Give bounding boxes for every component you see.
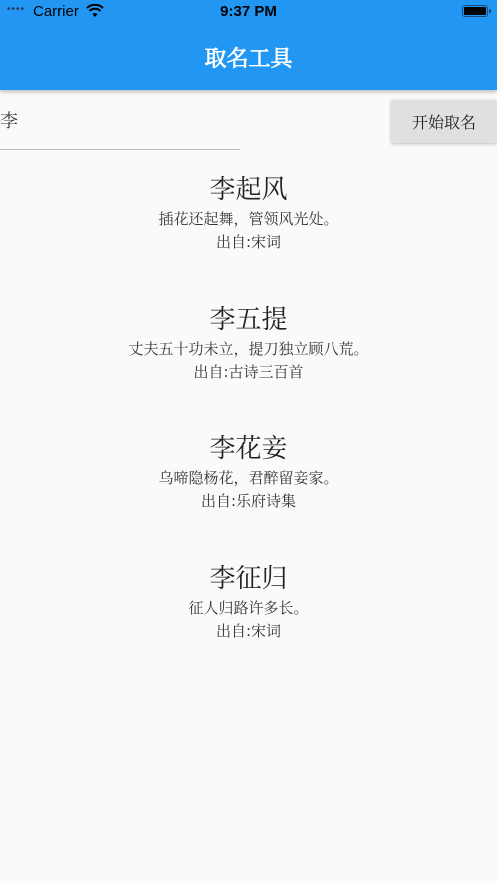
surname-input[interactable] [0, 103, 240, 137]
result-source: 出自:宋词 [0, 231, 497, 254]
result-source: 出自:宋词 [0, 620, 497, 643]
status-bar: •••• Carrier 9:37 PM [0, 0, 497, 24]
result-item: 李起风 插花还起舞，管领风光处。 出自:宋词 [0, 172, 497, 302]
results-list: 李起风 插花还起舞，管领风光处。 出自:宋词 李五提 丈夫五十功未立，提刀独立顾… [0, 172, 497, 690]
result-name: 李花妾 [0, 431, 497, 467]
app-bar: •••• Carrier 9:37 PM 取名工具 [0, 0, 497, 90]
result-verse: 乌啼隐杨花，君醉留妾家。 [0, 467, 497, 490]
result-source: 出自:古诗三百首 [0, 361, 497, 384]
status-time: 9:37 PM [0, 3, 497, 20]
result-name: 李征归 [0, 561, 497, 597]
result-verse: 丈夫五十功未立，提刀独立顾八荒。 [0, 338, 497, 361]
generate-name-button[interactable]: 开始取名 [391, 100, 497, 143]
result-item: 李五提 丈夫五十功未立，提刀独立顾八荒。 出自:古诗三百首 [0, 302, 497, 432]
result-verse: 插花还起舞，管领风光处。 [0, 208, 497, 231]
battery-full-icon [462, 5, 488, 17]
result-name: 李起风 [0, 172, 497, 208]
surname-input-container [0, 103, 240, 150]
page-title: 取名工具 [0, 42, 497, 73]
result-item: 李花妾 乌啼隐杨花，君醉留妾家。 出自:乐府诗集 [0, 431, 497, 561]
result-verse: 征人归路许多长。 [0, 597, 497, 620]
result-name: 李五提 [0, 302, 497, 338]
result-item: 李征归 征人归路许多长。 出自:宋词 [0, 561, 497, 691]
result-source: 出自:乐府诗集 [0, 490, 497, 513]
